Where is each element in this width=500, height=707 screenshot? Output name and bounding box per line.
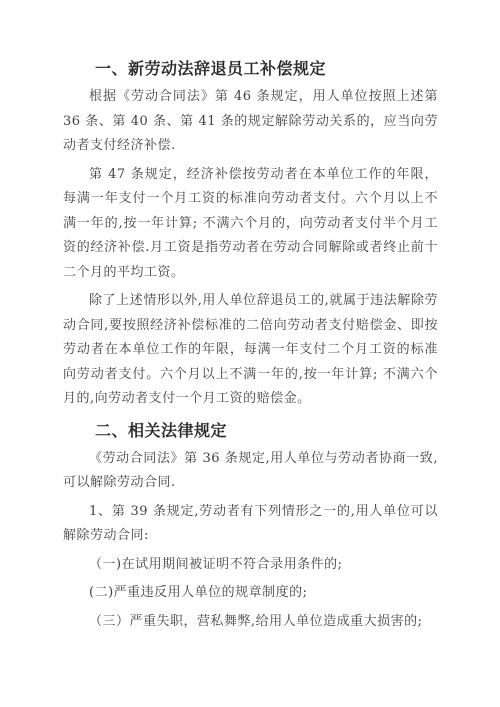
document-page: 一、新劳动法辞退员工补偿规定 根据《劳动合同法》第 46 条规定，用人单位按照上… <box>0 0 500 707</box>
section-2-subitem-2: (二)严重违反用人单位的规章制度的; <box>63 581 438 606</box>
section-1-paragraph-2: 第 47 条规定，经济补偿按劳动者在本单位工作的年限，每满一年支付一个月工资的标… <box>63 163 438 286</box>
section-2-subitem-3: （三）严重失职，营私舞弊,给用人单位造成重大损害的; <box>63 610 438 635</box>
section-1-paragraph-1: 根据《劳动合同法》第 46 条规定，用人单位按照上述第 36 条、第 40 条、… <box>63 85 438 159</box>
section-2-paragraph-1: 《劳动合同法》第 36 条规定,用人单位与劳动者协商一致,可以解除劳动合同. <box>63 447 438 496</box>
section-1-paragraph-3: 除了上述情形以外,用人单位辞退员工的,就属于违法解除劳动合同,要按照经济补偿标准… <box>63 289 438 412</box>
section-2-subitem-1: （一)在试用期间被证明不符合录用条件的; <box>63 553 438 578</box>
document-content: 一、新劳动法辞退员工补偿规定 根据《劳动合同法》第 46 条规定，用人单位按照上… <box>63 57 438 634</box>
section-2-heading: 二、相关法律规定 <box>63 419 438 443</box>
section-1-heading: 一、新劳动法辞退员工补偿规定 <box>63 57 438 81</box>
section-2-list-item-1: 1、第 39 条规定,劳动者有下列情形之一的,用人单位可以解除劳动合同: <box>63 500 438 549</box>
